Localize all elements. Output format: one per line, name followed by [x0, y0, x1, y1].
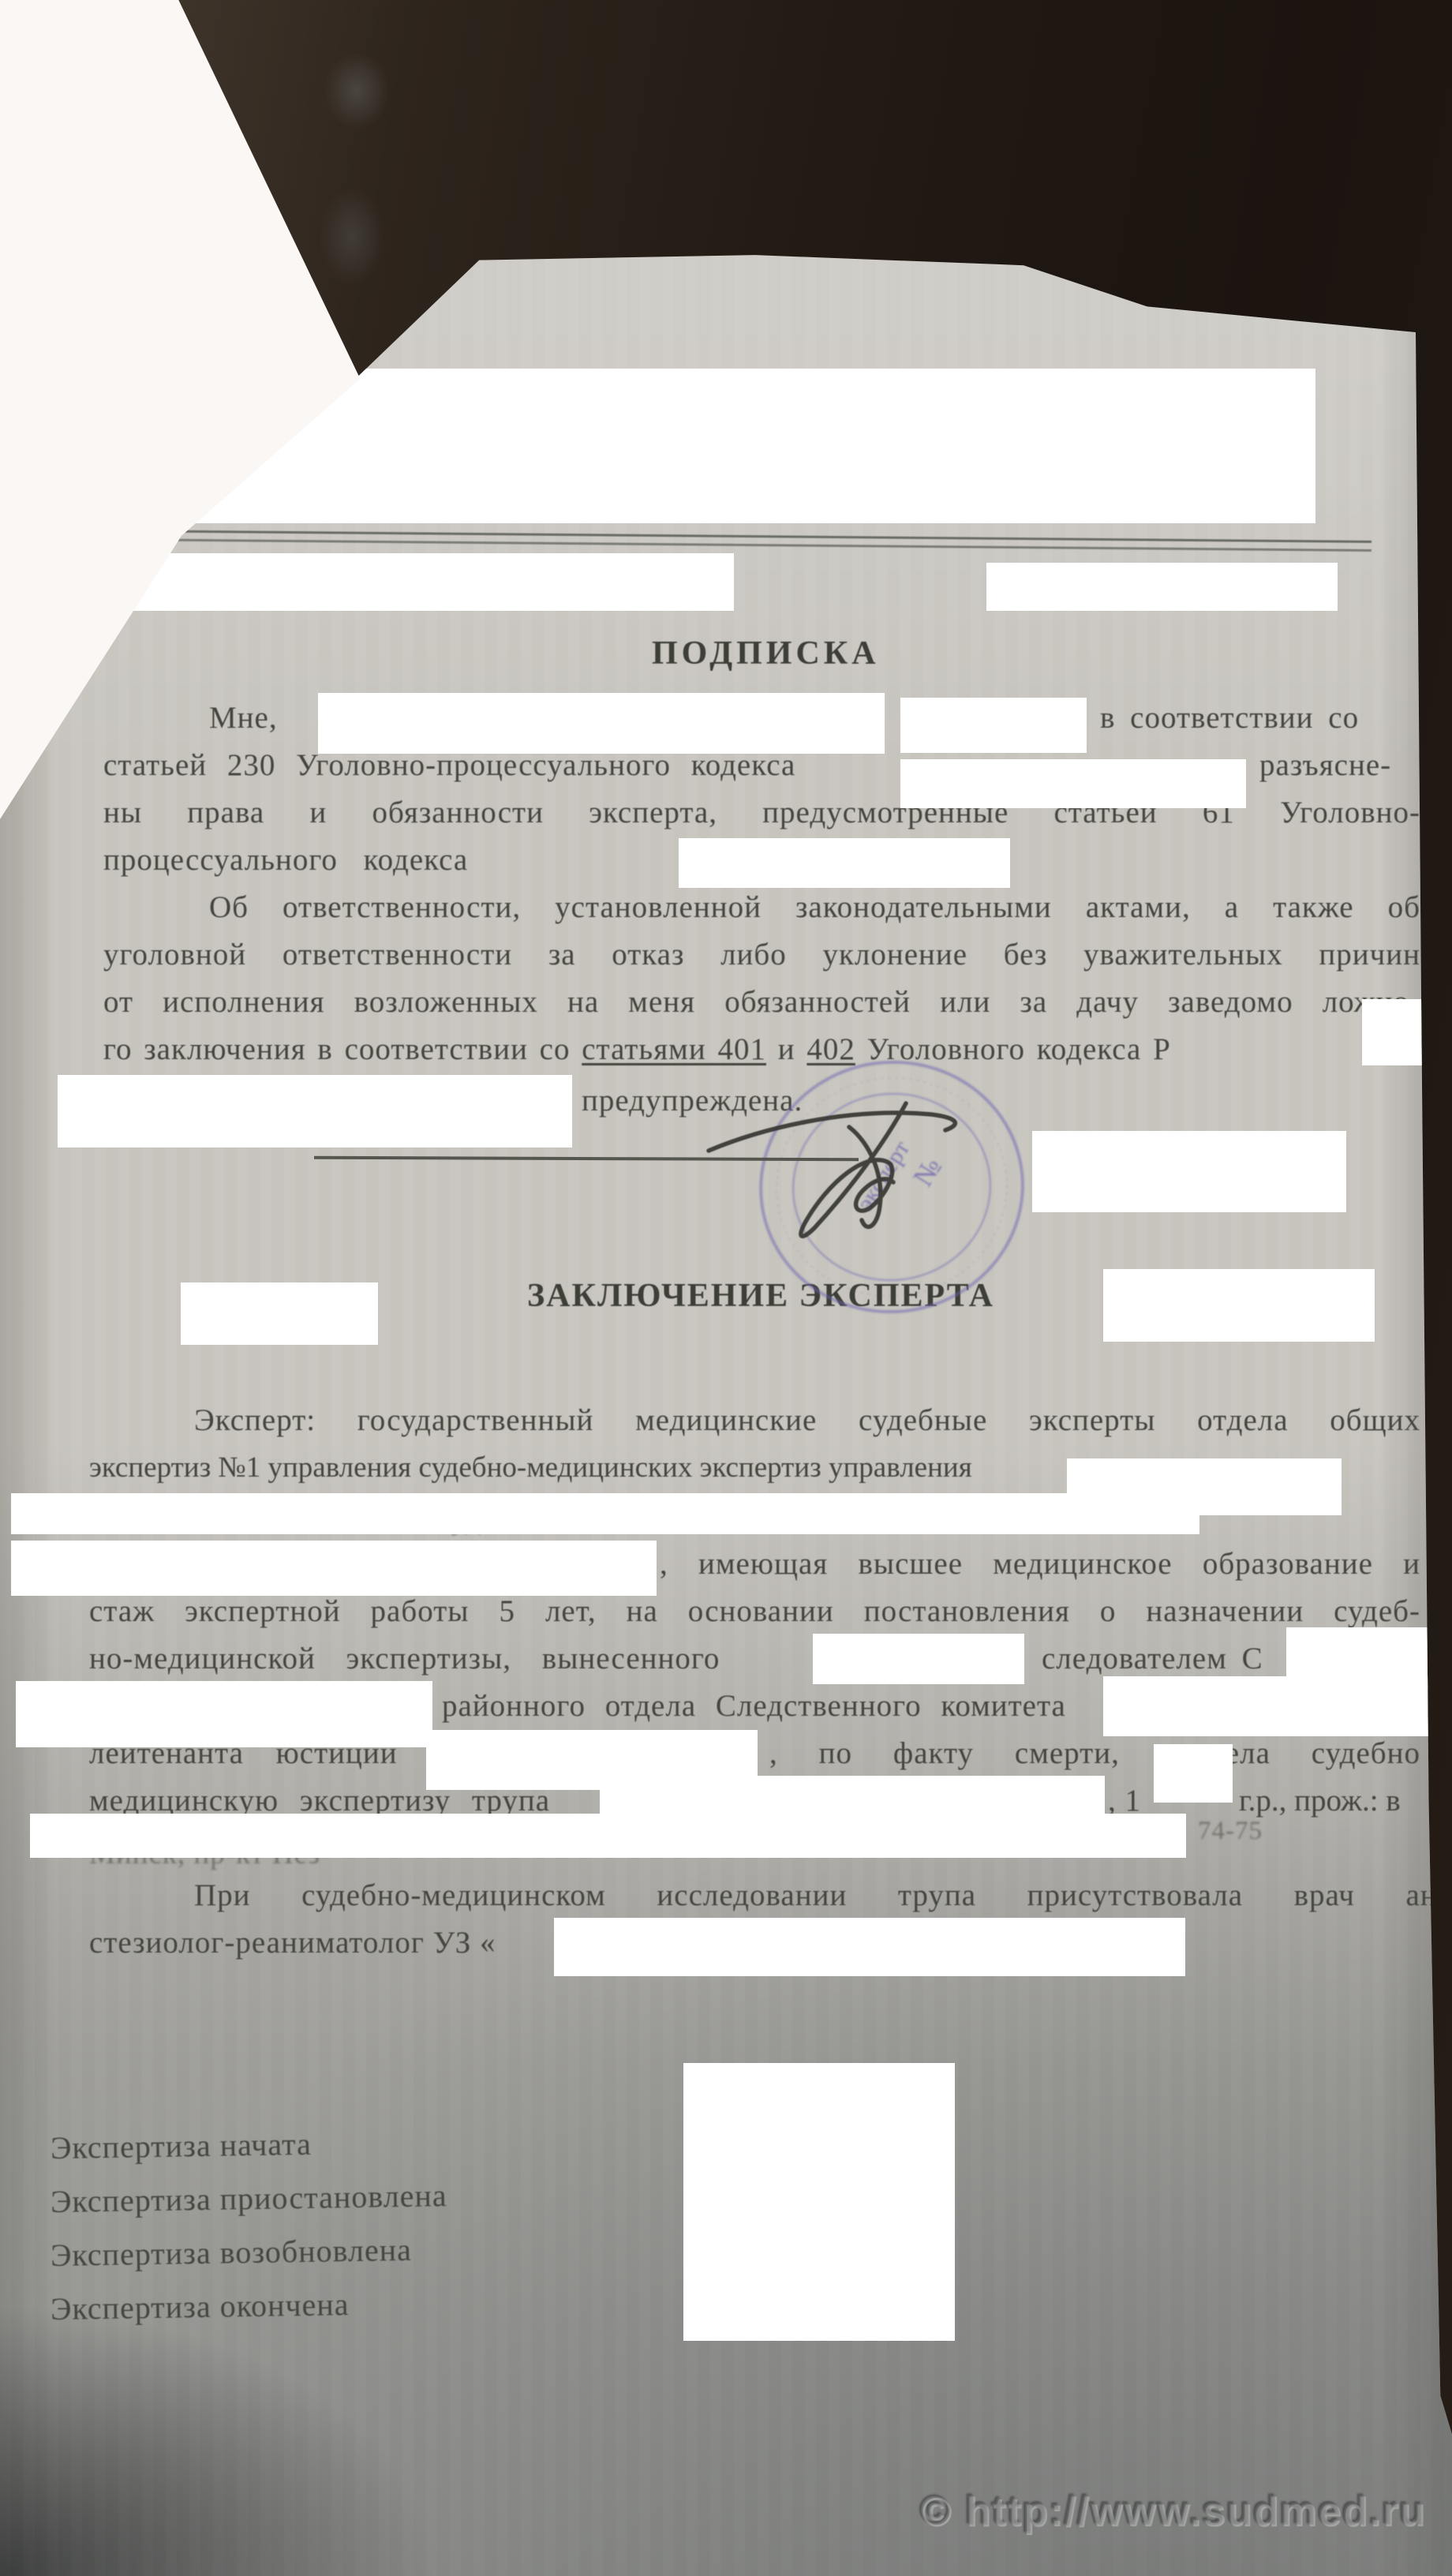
redaction-box: [1032, 1131, 1346, 1212]
redaction-box: [679, 838, 1010, 888]
redaction-box: [900, 759, 1246, 808]
redaction-box: [1154, 1744, 1233, 1803]
redaction-box: [1362, 999, 1427, 1065]
redaction-box: [30, 1814, 1186, 1858]
redaction-box: [1103, 1676, 1449, 1736]
redaction-box: [16, 1681, 432, 1747]
redaction-box: [986, 563, 1338, 611]
redaction-box: [11, 1541, 657, 1596]
redaction-box: [58, 1075, 572, 1148]
redaction-box: [181, 1282, 378, 1345]
redaction-box: [11, 1493, 1199, 1534]
redaction-box: [554, 1918, 1185, 1976]
redaction-box: [1103, 1269, 1375, 1342]
redaction-box: [683, 2063, 955, 2341]
redaction-box: [900, 698, 1087, 753]
redaction-box: [813, 1634, 1024, 1684]
redaction-box: [318, 693, 885, 754]
document-photo: ПОДПИСКА Мне, в соответствии со статьей …: [0, 0, 1452, 2576]
